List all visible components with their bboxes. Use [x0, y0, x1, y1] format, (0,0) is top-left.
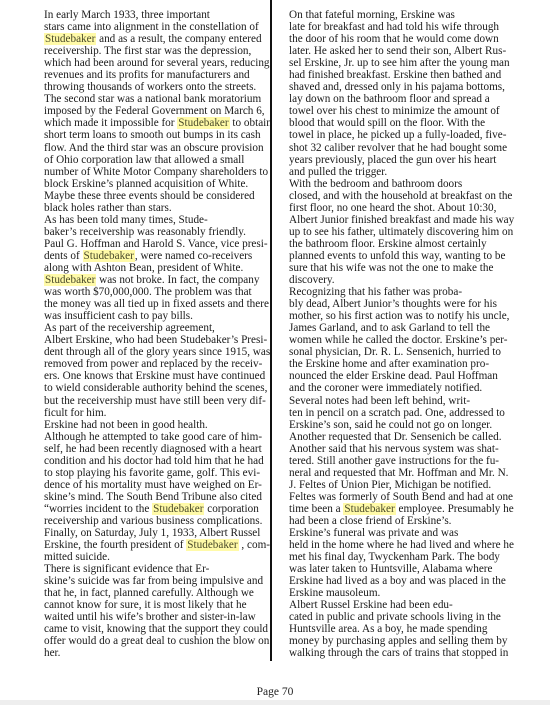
text-line: the bathroom floor. Erskine almost certa… — [289, 238, 511, 250]
search-highlight: Studebaker — [177, 117, 229, 129]
text-line: mitted suicide. — [44, 551, 266, 563]
text-line: lay down on the bathroom floor and sprea… — [289, 93, 511, 105]
page-bottom-edge — [0, 700, 550, 705]
text-line: had finished breakfast. Erskine then bat… — [289, 69, 511, 81]
text-line: that he, in fact, planned carefully. Alt… — [44, 587, 266, 599]
text-line: James Garland, and to ask Garland to tel… — [289, 322, 511, 334]
text-line: discovery. — [289, 274, 511, 286]
text-line: black holes rather than stars. — [44, 202, 266, 214]
text-line: sure that his wife was not the one to ma… — [289, 262, 511, 274]
text-line: cated in public and private schools livi… — [289, 611, 511, 623]
text-line: women while he called the doctor. Erskin… — [289, 334, 511, 346]
text-line: sonal physician, Dr. R. L. Sensenich, hu… — [289, 346, 511, 358]
text-line: Although he attempted to take good care … — [44, 431, 266, 443]
text-line: Albert Junior finished breakfast and mad… — [289, 214, 511, 226]
text-line: Albert Russel Erskine had been edu- — [289, 599, 511, 611]
text-line: sel Erskine, Jr. up to see him after the… — [289, 57, 511, 69]
text-line: offer would do a great deal to cushion t… — [44, 635, 266, 647]
text-line: number of White Motor Company shareholde… — [44, 166, 266, 178]
text-line: Another said that his nervous system was… — [289, 443, 511, 455]
right-column: On that fateful morning, Erskine waslate… — [289, 9, 511, 660]
text-line: neral and requested that Mr. Hoffman and… — [289, 467, 511, 479]
text-line: was worth $70,000,000. The problem was t… — [44, 286, 266, 298]
text-line: time been a Studebaker employee. Presuma… — [289, 503, 511, 515]
text-line: self, he had been recently diagnosed wit… — [44, 443, 266, 455]
text-line: ten in pencil on a scratch pad. One, add… — [289, 407, 511, 419]
text-line: had been a close friend of Erskine’s. — [289, 515, 511, 527]
text-line: nounced the elder Erskine dead. Paul Hof… — [289, 370, 511, 382]
text-line: late for breakfast and had told his wife… — [289, 21, 511, 33]
text-line: On that fateful morning, Erskine was — [289, 9, 511, 21]
text-line: In early March 1933, three important — [44, 9, 266, 21]
text-line: condition and his doctor had told him th… — [44, 455, 266, 467]
text-line: which had been around for several years,… — [44, 57, 266, 69]
text-line: throwing thousands of workers onto the s… — [44, 81, 266, 93]
text-line: skine’s suicide was far from being impul… — [44, 575, 266, 587]
text-line: receivership. The first star was the dep… — [44, 45, 266, 57]
text-line: stars came into alignment in the constel… — [44, 21, 266, 33]
text-line: Erskine, the fourth president of Studeba… — [44, 539, 266, 551]
text-line: Paul G. Hoffman and Harold S. Vance, vic… — [44, 238, 266, 250]
text-line: Studebaker and as a result, the company … — [44, 33, 266, 45]
text-line: to stop playing his favorite game, golf.… — [44, 467, 266, 479]
text-line: baker’s receivership was reasonably frie… — [44, 226, 266, 238]
text-line: and pulled the trigger. — [289, 166, 511, 178]
search-highlight: Studebaker — [44, 274, 96, 286]
text-line: later. He asked her to send their son, A… — [289, 45, 511, 57]
search-highlight: Studebaker — [186, 539, 238, 551]
text-line: Feltes was formerly of South Bend and ha… — [289, 491, 511, 503]
text-line: As part of the receivership agreement, — [44, 322, 266, 334]
text-line: Another requested that Dr. Sensenich be … — [289, 431, 511, 443]
text-line: Erskine had lived as a boy and was place… — [289, 575, 511, 587]
text-line: removed from power and replaced by the r… — [44, 358, 266, 370]
document-page: In early March 1933, three importantstar… — [0, 0, 550, 700]
text-line: ers. One knows that Erskine must have co… — [44, 370, 266, 382]
text-line: Recognizing that his father was proba- — [289, 286, 511, 298]
text-line: the Erskine home and after examination p… — [289, 358, 511, 370]
text-line: was later taken to Huntsville, Alabama w… — [289, 563, 511, 575]
text-line: Several notes had been left behind, writ… — [289, 395, 511, 407]
text-line: With the bedroom and bathroom doors — [289, 178, 511, 190]
text-line: blood that would spill on the floor. Wit… — [289, 117, 511, 129]
text-line: closed, and with the household at breakf… — [289, 190, 511, 202]
text-line: to wield considerable authority behind t… — [44, 382, 266, 394]
text-line: Maybe these three events should be consi… — [44, 190, 266, 202]
text-line: dent through all of the glory years sinc… — [44, 346, 266, 358]
text-line: met his final day, Twyckenham Park. The … — [289, 551, 511, 563]
text-line: Erskine’s funeral was private and was — [289, 527, 511, 539]
text-line: held in the home where he had lived and … — [289, 539, 511, 551]
text-line: and the coroner were immediately notifie… — [289, 382, 511, 394]
column-divider — [270, 0, 272, 661]
text-line: short term loans to smooth out bumps in … — [44, 129, 266, 141]
text-line: Erskine’s son, said he could not go on l… — [289, 419, 511, 431]
text-line: walking through the cars of trains that … — [289, 647, 511, 659]
text-line: shot 32 caliber revolver that he had bou… — [289, 142, 511, 154]
text-line: first floor, no one heard the shot. Abou… — [289, 202, 511, 214]
text-line: along with Ashton Bean, president of Whi… — [44, 262, 266, 274]
text-line: skine’s mind. The South Bend Tribune als… — [44, 491, 266, 503]
text-line: shaved and, dressed only in his pajama b… — [289, 81, 511, 93]
text-line: Studebaker was not broke. In fact, the c… — [44, 274, 266, 286]
text-line: J. Feltes of Union Pier, Michigan be not… — [289, 479, 511, 491]
text-line: money by purchasing apples and selling t… — [289, 635, 511, 647]
text-line: The second star was a national bank mora… — [44, 93, 266, 105]
text-line: ficult for him. — [44, 407, 266, 419]
text-line: the money was all tied up in fixed asset… — [44, 298, 266, 310]
text-line: up to see his father, ultimately discove… — [289, 226, 511, 238]
text-line: dence of his mortality must have weighed… — [44, 479, 266, 491]
text-line: Huntsville area. As a boy, he made spend… — [289, 623, 511, 635]
text-line: planned events to unfold this way, wanti… — [289, 250, 511, 262]
text-line: cannot know for sure, it is most likely … — [44, 599, 266, 611]
text-line: “worries incident to the Studebaker corp… — [44, 503, 266, 515]
text-line: which made it impossible for Studebaker … — [44, 117, 266, 129]
text-line: Finally, on Saturday, July 1, 1933, Albe… — [44, 527, 266, 539]
search-highlight: Studebaker — [83, 250, 135, 262]
text-line: was insufficient cash to pay bills. — [44, 310, 266, 322]
text-line: imposed by the Federal Government on Mar… — [44, 105, 266, 117]
text-line: dents of Studebaker, were named co-recei… — [44, 250, 266, 262]
text-line: flow. And the third star was an obscure … — [44, 142, 266, 154]
search-highlight: Studebaker — [152, 503, 204, 515]
text-line: of Ohio corporation law that allowed a s… — [44, 154, 266, 166]
text-line: tered. Still another gave instructions f… — [289, 455, 511, 467]
search-highlight: Studebaker — [44, 33, 96, 45]
page-number: Page 70 — [0, 686, 550, 698]
text-line: bly dead, Albert Junior’s thoughts were … — [289, 298, 511, 310]
text-line: mother, so his first action was to notif… — [289, 310, 511, 322]
text-line: revenues and its profits for manufacture… — [44, 69, 266, 81]
text-line: but the receivership must have still bee… — [44, 395, 266, 407]
text-line: There is significant evidence that Er- — [44, 563, 266, 575]
text-line: came to visit, knowing that the support … — [44, 623, 266, 635]
text-line: years previously, placed the gun over hi… — [289, 154, 511, 166]
text-line: Albert Erskine, who had been Studebaker’… — [44, 334, 266, 346]
left-column: In early March 1933, three importantstar… — [44, 9, 266, 660]
text-line: Erskine mausoleum. — [289, 587, 511, 599]
text-line: the door of his room that he would come … — [289, 33, 511, 45]
text-line: block Erskine’s planned acquisition of W… — [44, 178, 266, 190]
text-line: towel in place, he picked up a fully-loa… — [289, 129, 511, 141]
search-highlight: Studebaker — [343, 503, 395, 515]
text-line: As has been told many times, Stude- — [44, 214, 266, 226]
text-line: waited until his wife’s brother and sist… — [44, 611, 266, 623]
text-line: towel over his chest to minimize the amo… — [289, 105, 511, 117]
text-line: receivership and various business compli… — [44, 515, 266, 527]
text-line: Erskine had not been in good health. — [44, 419, 266, 431]
text-line: her. — [44, 647, 266, 659]
